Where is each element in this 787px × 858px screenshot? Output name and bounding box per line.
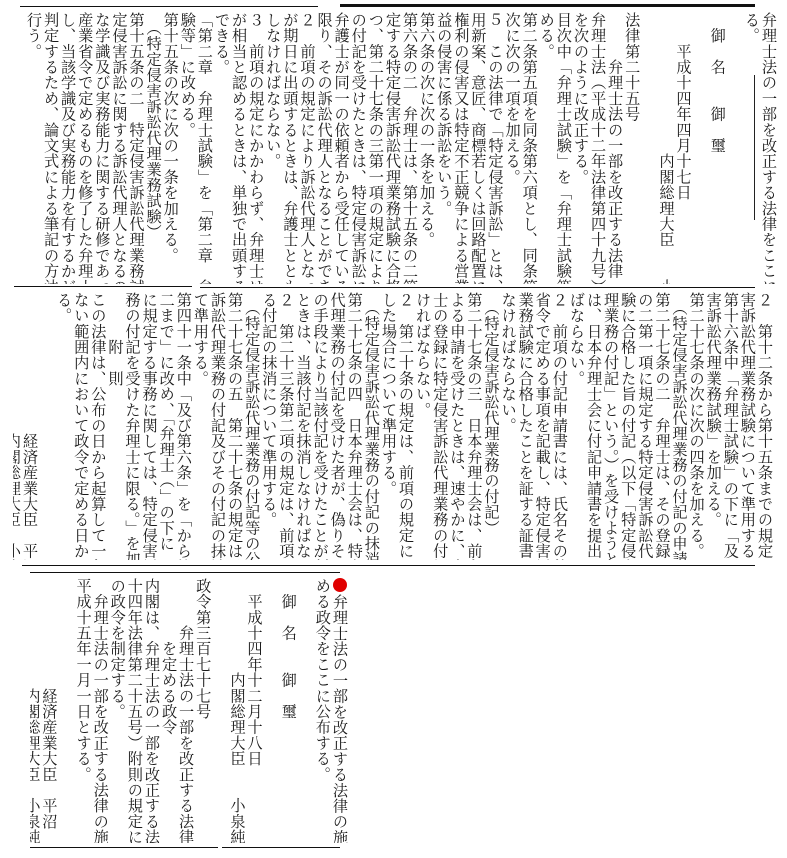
text-column: 産業省令で定めるものを修了した弁理士に対	[76, 12, 93, 284]
text-column: 内閣総理大臣 小泉純一郎	[13, 292, 21, 560]
text-column: 判定するため、論文式による筆記の方法により	[42, 12, 59, 284]
top-band-text: 弁理士法の一部を改正する法律をここに公布する。 御 名 御 璽 平成十四年四月十…	[7, 12, 777, 284]
text-column: 平成十四年十二月十八日	[245, 578, 262, 843]
band3-top-rule-left	[30, 572, 240, 573]
text-column: 行う。	[25, 12, 42, 284]
text-column: 弁理士法の一部を改正する法律をここに公布す	[760, 12, 777, 284]
text-column: 第十五条の次に次の一条を加える。	[162, 12, 179, 284]
text-column	[692, 12, 709, 284]
text-column: の手段により当該付記を受けたことが判明した	[311, 292, 328, 560]
text-column: める政令をここに公布する。	[314, 578, 331, 843]
text-column: 害訴訟代理業務試験について準用する。	[739, 292, 756, 560]
top-rule-left	[20, 6, 318, 7]
text-column: が期日に出頭するときは、弁護士とともに出頭	[281, 12, 298, 284]
text-column: 省令で定める事項を記載し、特定侵害訴訟代理	[534, 292, 551, 560]
text-column: 内閣総理大臣 小泉純一郎	[30, 578, 40, 843]
band1-bottom-rule-right	[200, 287, 755, 288]
text-column: を次のように改正する。	[572, 12, 589, 284]
text-column: 理業務の付記」という。）を受けようとするとき	[602, 292, 619, 560]
text-column: 定侵害訴訟に関する訴訟代理人となるのに必要	[110, 12, 127, 284]
text-column: 経済産業大臣 平沼 赳夫	[40, 578, 57, 843]
text-column: 験に合格した旨の付記（以下「特定侵害訴訟代	[619, 292, 636, 560]
text-column: ２ 前項の規定により訴訟代理人となった弁理士	[298, 12, 315, 284]
text-column: て準用する。	[192, 292, 209, 560]
text-column: 業務試験に合格したことを証する証書を添付し	[517, 292, 534, 560]
text-column: 経済産業大臣 平沼 赳夫	[21, 292, 38, 560]
text-column: 第二十七条の四 日本弁理士会は、特定侵害訴訟	[346, 292, 363, 560]
text-column: 弁理士法の一部を改正する法律	[606, 12, 623, 284]
text-column	[211, 578, 228, 843]
band3-bottom-rule-left	[30, 847, 218, 848]
text-column: 内閣は、弁理士法の一部を改正する法律（平成	[143, 578, 160, 843]
text-column: よる申請を受けたときは、速やかに、当該弁理	[448, 292, 465, 560]
text-column: 御 名 御 璽	[280, 578, 297, 843]
text-column: 内閣総理大臣 小泉純一郎	[657, 12, 674, 284]
band1-bottom-rule-left	[14, 286, 192, 287]
text-column: 定する特定侵害訴訟代理業務試験に合格し、か	[384, 12, 401, 284]
text-column: 益の侵害に係る訴訟をいう。	[435, 12, 452, 284]
text-column: し、当該学識及び実務能力を有するかどうかを	[59, 12, 76, 284]
text-column: 第十五条の二 特定侵害訴訟代理業務試験は、特	[127, 12, 144, 284]
text-column: 次に次の一項を加える。	[504, 12, 521, 284]
bottom-band-text: 弁理士法の一部を改正する法律の施行期日を定める政令をここに公布する。 御 名 御…	[30, 578, 348, 843]
text-column: できる。	[213, 12, 230, 284]
text-column: 弁護士が同一の依頼者から受任している事件に	[333, 12, 350, 284]
text-column: （特定侵害訴訟代理業務の付記）	[482, 292, 499, 560]
text-column: ２ 第二十三条第二項の規定は、前項の規定によ	[277, 292, 294, 560]
text-column: ２ 第二十条の規定は、前項の規定による付記を	[397, 292, 414, 560]
text-column: 政令第三百七十七号	[194, 578, 211, 843]
text-column: の付記を受けたときは、特定侵害訴訟に関して、	[350, 12, 367, 284]
text-column: 第六条の次に次の一条を加える。	[418, 12, 435, 284]
text-column: なければならない。	[500, 292, 517, 560]
text-column: （特定侵害訴訟代理業務試験）	[145, 12, 162, 284]
text-column: る付記の抹消について準用する。	[260, 292, 277, 560]
text-column: 第二条第五項を同条第六項とし、同条第四項の	[521, 12, 538, 284]
text-column: 第十六条中「弁理士試験」の下に「及び特定侵	[722, 292, 739, 560]
text-column: 弁理士法の一部を改正する法律の施行期日を定	[331, 578, 348, 843]
text-column	[263, 578, 280, 843]
text-column: 目次中「弁理士試験」を「弁理士試験等」に改	[555, 12, 572, 284]
text-column: 害訴訟代理業務試験」を加える。	[705, 292, 722, 560]
band3-bottom-rule-right	[222, 847, 340, 848]
text-column: 限り、その訴訟代理人となることができる。	[315, 12, 332, 284]
text-column: 務の付記を受けた弁理士に限る。」を加える。	[123, 292, 140, 560]
text-column: （特定侵害訴訟代理業務の付記の申請）	[670, 292, 687, 560]
text-column: な学識及び実務能力に関する研修であって経済	[93, 12, 110, 284]
text-column: この法律は、公布の日から起算して一年を超え	[89, 292, 106, 560]
text-column: 訴訟代理業務の付記及びその付記の抹消につい	[209, 292, 226, 560]
text-column: 第二十七条の次に次の四条を加える。	[688, 292, 705, 560]
text-column	[726, 12, 743, 284]
band2-bottom-rule	[22, 565, 755, 566]
text-column: 第二十七条の二 弁理士は、その登録に第十五条	[653, 292, 670, 560]
text-column: が相当と認めるときは、単独で出頭することが	[230, 12, 247, 284]
text-column: ない範囲内において政令で定める日から施行す	[72, 292, 89, 560]
text-column: ３ 前項の規定にかかわらず、弁理士は、裁判所	[247, 12, 264, 284]
text-column: ばならない。	[568, 292, 585, 560]
text-column: 第四十一条中「及び第六条」を「から第六条の	[175, 292, 192, 560]
text-column: 「第二章 弁理士試験」を「第二章 弁理士試	[196, 12, 213, 284]
text-column: （特定侵害訴訟代理業務の付記等の公告）	[243, 292, 260, 560]
text-column: ２ 前項の付記申請書には、氏名その他経済産業	[551, 292, 568, 560]
text-column: 第六条の二 弁理士は、第十五条の二第一項に規	[401, 12, 418, 284]
text-column: 法律第二十五号	[623, 12, 640, 284]
text-column	[38, 292, 55, 560]
text-column: 弁理士法の一部を改正する法律の施行期日は、	[92, 578, 109, 843]
text-column: した場合について準用する。	[380, 292, 397, 560]
top-rule-right	[340, 4, 755, 7]
text-column	[640, 12, 657, 284]
text-column: 平成十四年四月十七日	[674, 12, 691, 284]
text-column: 第二十七条の三 日本弁理士会は、前条の規定に	[465, 292, 482, 560]
text-column: 験等」に改める。	[179, 12, 196, 284]
text-column	[297, 578, 314, 843]
text-column	[57, 578, 74, 843]
text-column: 十四年法律第二十五号）附則の規定に基づき、こ	[126, 578, 143, 843]
text-column: 権利の侵害又は特定不正競争による営業上の利	[452, 12, 469, 284]
text-column: 代理業務の付記を受けた者が、偽りその他不正	[329, 292, 346, 560]
text-column: の二第一項に規定する特定侵害訴訟代理業務試	[636, 292, 653, 560]
text-column: に規定する事務に関しては、特定侵害訴訟代理業	[141, 292, 158, 560]
text-column: 御 名 御 璽	[709, 12, 726, 284]
text-column: る。	[55, 292, 72, 560]
band3-top-rule-right	[222, 572, 340, 573]
text-column: 弁理士法の一部を改正する法律の施行期日	[177, 578, 194, 843]
text-column: 内閣総理大臣 小泉純一郎	[228, 578, 245, 843]
text-column: ときは、当該付記を抹消しなければならない。	[294, 292, 311, 560]
text-column: しなければならない。	[264, 12, 281, 284]
text-column: 第二十七条の五 第二十七条の規定は、特定侵害	[226, 292, 243, 560]
text-column: 弁理士法（平成十二年法律第四十九号）の一部	[589, 12, 606, 284]
text-column: ５ この法律で「特定侵害訴訟」とは、特許、実	[486, 12, 503, 284]
text-column: ければならない。	[414, 292, 431, 560]
text-column: （特定侵害訴訟代理業務の付記の抹消）	[363, 292, 380, 560]
text-column: 用新案、意匠、商標若しくは回路配置に関する	[469, 12, 486, 284]
text-column: る。	[743, 12, 760, 284]
text-column: は、日本弁理士会に付記申請書を提出しなけれ	[585, 292, 602, 560]
text-column: 士の登録に特定侵害訴訟代理業務の付記をしな	[431, 292, 448, 560]
text-column: の政令を制定する。	[109, 578, 126, 843]
text-column: 附 則	[106, 292, 123, 560]
text-column: める。	[538, 12, 555, 284]
red-circle-marker-icon	[333, 578, 347, 592]
middle-band-text: ２ 第十二条から第十五条までの規定は、特定侵害訴訟代理業務試験について準用する。…	[13, 292, 773, 560]
text-column: を定める政令	[160, 578, 177, 843]
text-column: つ、第二十七条の三第一項の規定によりその旨	[367, 12, 384, 284]
text-column: 二まで」に改め、「弁理士（」の下に「第六条の二	[158, 292, 175, 560]
text-column: 平成十五年一月一日とする。	[75, 578, 92, 843]
text-column: ２ 第十二条から第十五条までの規定は、特定侵	[756, 292, 773, 560]
